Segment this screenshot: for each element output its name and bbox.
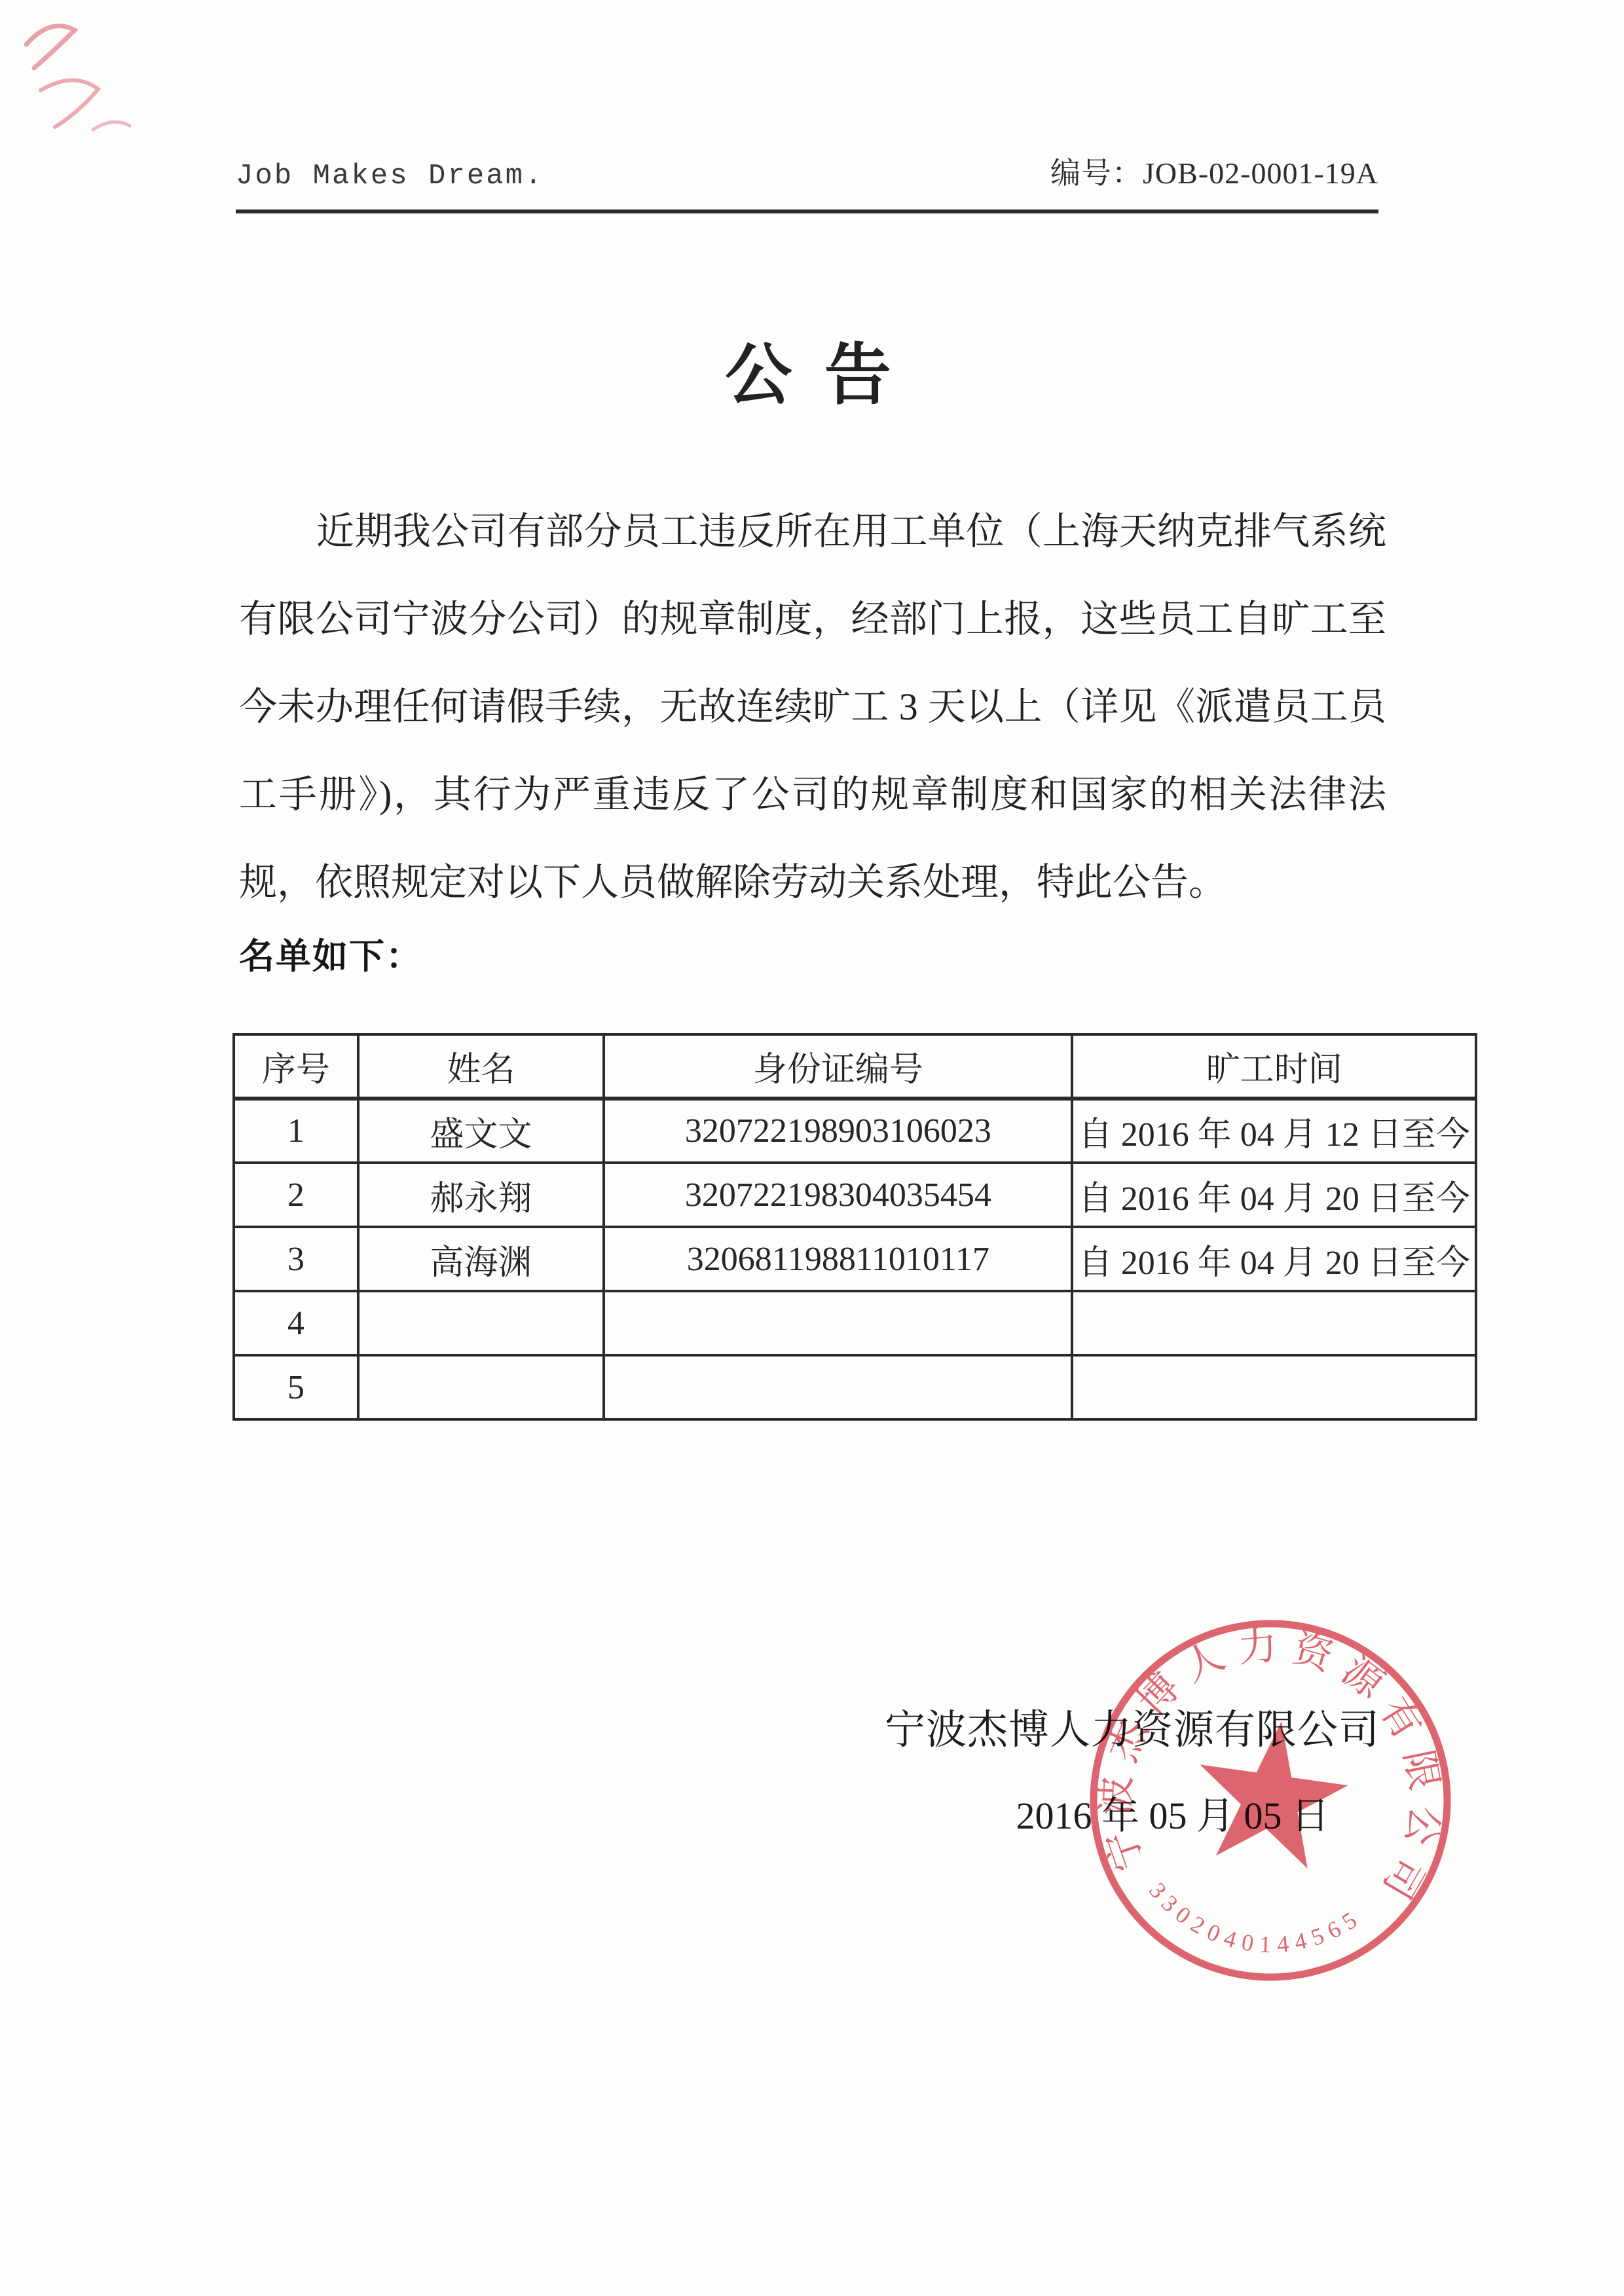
table-header-row: 序号 姓名 身份证编号 旷工时间 <box>234 1034 1476 1099</box>
company-slogan: Job Makes Dream. <box>236 160 544 192</box>
body-line: 工手册》)，其行为严重违反了公司的规章制度和国家的相关法律法 <box>239 751 1386 839</box>
table-row: 2 郝永翔 320722198304035454 自 2016 年 04 月 2… <box>234 1163 1476 1227</box>
cell-name: 郝永翔 <box>358 1163 604 1227</box>
table-row: 1 盛文文 320722198903106023 自 2016 年 04 月 1… <box>234 1099 1476 1163</box>
announcement-document: Job Makes Dream. 编号：JOB-02-0001-19A 公 告 … <box>0 0 1624 2296</box>
cell-name <box>358 1355 604 1419</box>
table-row: 5 <box>234 1355 1476 1419</box>
dismissed-employees-table: 序号 姓名 身份证编号 旷工时间 1 盛文文 32072219890310602… <box>232 1033 1477 1421</box>
company-seal-stamp: 宁波杰博人力资源有限公司 3302040144565 <box>1074 1604 1467 1997</box>
cell-id-number: 320681198811010117 <box>604 1227 1072 1291</box>
cell-index: 3 <box>234 1227 358 1291</box>
table-row: 4 <box>234 1291 1476 1355</box>
cell-name: 盛文文 <box>358 1099 604 1163</box>
col-header-name: 姓名 <box>358 1034 604 1099</box>
cell-absence-period: 自 2016 年 04 月 12 日至今 <box>1072 1099 1476 1163</box>
cell-absence-period: 自 2016 年 04 月 20 日至今 <box>1072 1163 1476 1227</box>
col-header-absence-period: 旷工时间 <box>1072 1034 1476 1099</box>
cell-id-number <box>604 1291 1072 1355</box>
seal-star-icon <box>1188 1711 1356 1872</box>
cell-id-number: 320722198903106023 <box>604 1099 1072 1163</box>
table-row: 3 高海渊 320681198811010117 自 2016 年 04 月 2… <box>234 1227 1476 1291</box>
page-header: Job Makes Dream. 编号：JOB-02-0001-19A <box>236 149 1378 213</box>
cell-index: 1 <box>234 1099 358 1163</box>
cell-absence-period <box>1072 1291 1476 1355</box>
cell-index: 5 <box>234 1355 358 1419</box>
body-line: 今未办理任何请假手续，无故连续旷工 3 天以上（详见《派遣员工员 <box>239 663 1386 751</box>
document-number: 编号：JOB-02-0001-19A <box>1050 149 1378 192</box>
red-pen-scribble <box>14 5 185 162</box>
cell-index: 2 <box>234 1163 358 1227</box>
cell-id-number <box>604 1355 1072 1419</box>
cell-id-number: 320722198304035454 <box>604 1163 1072 1227</box>
cell-name <box>358 1291 604 1355</box>
seal-serial-number: 3302040144565 <box>1137 1875 1365 1971</box>
body-line: 规，依照规定对以下人员做解除劳动关系处理，特此公告。 <box>239 839 1386 926</box>
col-header-index: 序号 <box>234 1034 358 1099</box>
list-label: 名单如下： <box>239 928 422 979</box>
body-line: 有限公司宁波分公司）的规章制度，经部门上报，这些员工自旷工至 <box>239 575 1386 663</box>
cell-absence-period <box>1072 1355 1476 1419</box>
cell-name: 高海渊 <box>358 1227 604 1291</box>
page-title: 公 告 <box>0 322 1624 418</box>
announcement-body: 近期我公司有部分员工违反所在用工单位（上海天纳克排气系统 有限公司宁波分公司）的… <box>239 488 1386 926</box>
body-line: 近期我公司有部分员工违反所在用工单位（上海天纳克排气系统 <box>239 488 1386 575</box>
cell-index: 4 <box>234 1291 358 1355</box>
cell-absence-period: 自 2016 年 04 月 20 日至今 <box>1072 1227 1476 1291</box>
col-header-id-number: 身份证编号 <box>604 1034 1072 1099</box>
